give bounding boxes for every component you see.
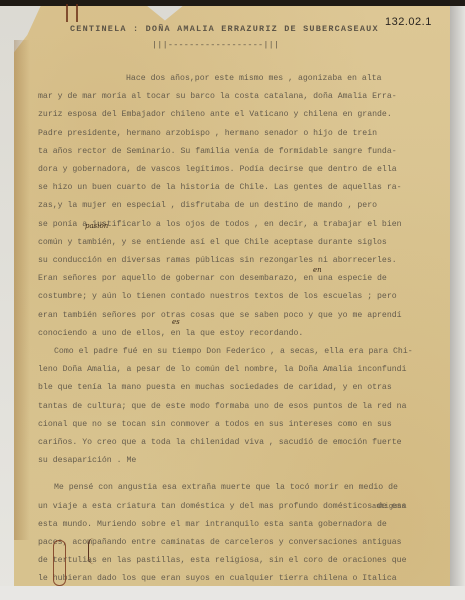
text-line: le hubieran dado los que eran suyos en c… <box>38 570 453 588</box>
typed-correction: antiguas <box>372 503 406 511</box>
text-line: leno Doña Amalia, a pesar de lo común de… <box>38 361 453 379</box>
text-line: mar y de mar moría al tocar su barco la … <box>38 88 453 106</box>
text-line: común y también, y se entiende así el qu… <box>38 234 453 252</box>
ink-mark-icon <box>66 4 68 22</box>
text-line: zuriz esposa del Embajador chileno ante … <box>38 106 453 124</box>
text-line: su conducción en diversas ramas públicas… <box>38 252 453 270</box>
text-line: dora y gobernadora, de vascos legítimos.… <box>38 161 453 179</box>
text-line: esta mundo. Muriendo sobre el mar intran… <box>38 516 453 534</box>
text-line: ta años rector de Seminario. Su familia … <box>38 143 453 161</box>
pencil-bracket-mark-icon <box>88 538 95 564</box>
text-line: eran también señores por otras cosas que… <box>38 307 453 325</box>
text-line: cariños. Yo creo que a toda la chilenida… <box>38 434 453 452</box>
text-line: Padre presidente, hermano arzobispo , he… <box>38 125 453 143</box>
ink-mark-icon <box>76 4 78 22</box>
text-line: Como el padre fué en su tiempo Don Feder… <box>38 343 453 361</box>
text-line: tantas de cultura; que de este modo form… <box>38 398 453 416</box>
text-line: costumbre; y aún lo tienen contado nuest… <box>38 288 453 306</box>
document-title: CENTINELA : DOÑA AMALIA ERRAZURIZ DE SUB… <box>70 24 390 34</box>
text-line: Me pensé con angustia esa extraña muerte… <box>38 479 453 497</box>
text-line: cional que no se tocan sin conmover a to… <box>38 416 453 434</box>
title-separator: |||------------------||| <box>152 40 279 50</box>
handwritten-note: pasión <box>85 222 108 230</box>
text-line: paces, acompañando entre caminatas de ca… <box>38 534 453 552</box>
text-line: Eran señores por aquello de gobernar con… <box>38 270 453 288</box>
archive-number: 132.02.1 <box>385 16 432 28</box>
handwritten-note: en <box>313 266 322 274</box>
page-edge-stain <box>14 40 30 540</box>
text-line: su desaparición . Me <box>38 452 453 470</box>
text-line: de tertulias en las pastillas, esta reli… <box>38 552 453 570</box>
text-line: se hizo un buen cuarto de la historia de… <box>38 179 453 197</box>
handwritten-note: es <box>172 318 180 326</box>
text-line: Hace dos años,por este mismo mes , agoni… <box>38 70 453 88</box>
text-line: conociendo a uno de ellos, en la que est… <box>38 325 453 343</box>
text-line: ble que tenía la mano puesta en muchas s… <box>38 379 453 397</box>
text-line: zas,y la mujer en especial , disfrutaba … <box>38 197 453 215</box>
paperclip-stain-icon <box>53 540 66 586</box>
